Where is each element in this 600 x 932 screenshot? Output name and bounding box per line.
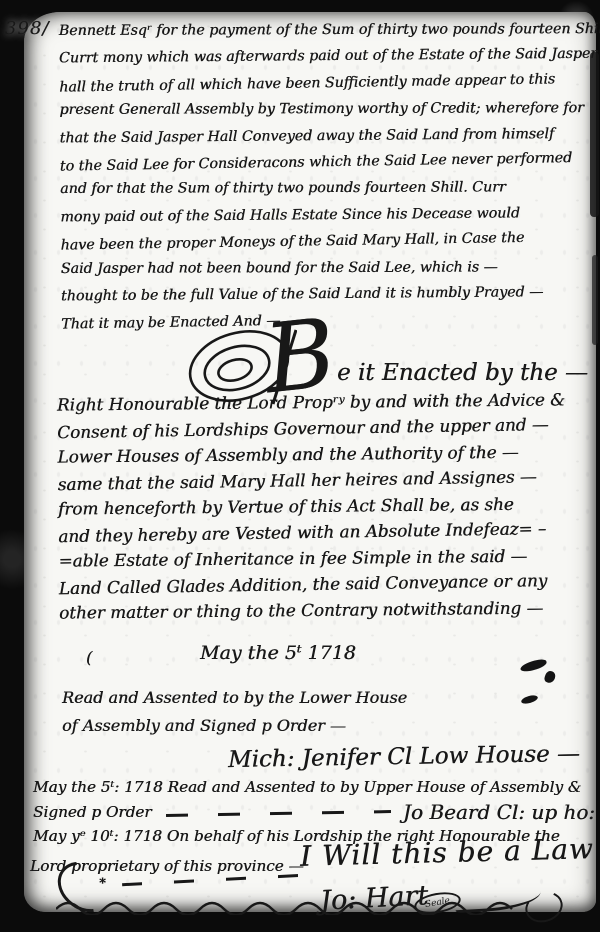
upper-house-assent-line: May the 5ᵗ: 1718 Read and Assented to by… xyxy=(33,778,581,796)
scanned-manuscript-page: 398/ Bennett Esqʳ for the payment of the… xyxy=(0,0,600,932)
clerk-signature-upper-house: Jo Beard Cl: up ho: xyxy=(403,800,595,824)
signed-per-order-label: Signed p Order xyxy=(33,803,152,821)
lower-house-assent-line: of Assembly and Signed p Order — xyxy=(62,716,407,744)
lower-house-assent: Read and Assented to by the Lower House … xyxy=(62,688,407,744)
petition-paragraph: Bennett Esqʳ for the payment of the Sum … xyxy=(59,20,600,342)
page-number: 398/ xyxy=(5,18,49,39)
enacted-paragraph: Right Honourable the Lord Propʳʸ by and … xyxy=(57,389,568,628)
manuscript-line: Bennett Esqʳ for the payment of the Sum … xyxy=(59,21,600,49)
manuscript-line: Said Jasper had not been bound for the S… xyxy=(61,259,600,287)
manuscript-line: and for that the Sum of thirty two pound… xyxy=(60,179,600,207)
enacting-lead: e it Enacted by the — xyxy=(337,360,588,386)
upper-house-signed-row: Signed p Order Jo Beard Cl: up ho: xyxy=(33,800,595,824)
date-line: May the 5ᵗ 1718 xyxy=(200,642,356,664)
ink-mark: ( xyxy=(86,648,92,667)
manuscript-line: present Generall Assembly by Testimony w… xyxy=(59,100,600,128)
dash-filler xyxy=(166,810,391,817)
ink-mark-star: * xyxy=(99,876,106,891)
flourish-wave xyxy=(56,897,526,915)
lower-house-assent-line: Read and Assented to by the Lower House xyxy=(62,688,407,716)
